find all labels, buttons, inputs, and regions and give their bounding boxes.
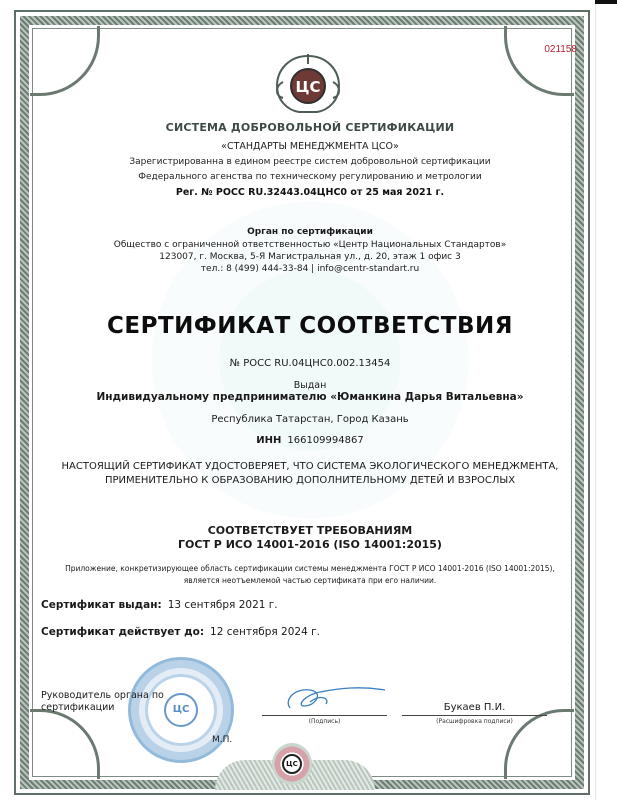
issue-date-label: Сертификат выдан: <box>41 599 162 611</box>
signature-icon <box>280 680 390 712</box>
issue-date-row: Сертификат выдан:13 сентября 2021 г. <box>41 599 278 611</box>
svg-text:ЦС: ЦС <box>296 78 321 96</box>
certification-system-logo-icon: ЦС <box>269 52 347 116</box>
inn-label: ИНН <box>256 435 281 446</box>
valid-until-row: Сертификат действует до:12 сентября 2024… <box>41 626 320 638</box>
appendix-note: Приложение, конкретизирующее область сер… <box>60 563 560 587</box>
certificate-statement: НАСТОЯЩИЙ СЕРТИФИКАТ УДОСТОВЕРЯЕТ, ЧТО С… <box>60 460 560 488</box>
system-title: СИСТЕМА ДОБРОВОЛЬНОЙ СЕРТИФИКАЦИИ <box>40 121 580 134</box>
certificate-title: СЕРТИФИКАТ СООТВЕТСТВИЯ <box>40 313 580 339</box>
certification-body-address: 123007, г. Москва, 5-Я Магистральная ул.… <box>40 252 580 262</box>
certification-body-title: Орган по сертификации <box>40 227 580 237</box>
standard-name: ГОСТ Р ИСО 14001-2016 (ISO 14001:2015) <box>40 538 580 551</box>
issue-date-value: 13 сентября 2021 г. <box>168 599 278 611</box>
inn-row: ИНН166109994867 <box>40 435 580 446</box>
signature-caption: (Подпись) <box>262 718 387 725</box>
valid-until-value: 12 сентября 2024 г. <box>210 626 320 638</box>
valid-until-label: Сертификат действует до: <box>41 626 204 638</box>
scan-edge-mark <box>595 0 617 4</box>
signer-name: Букаев П.И. <box>402 702 547 713</box>
system-registration-number: Рег. № РОСС RU.32443.04ЦНС0 от 25 мая 20… <box>40 187 580 198</box>
certification-body-contact: тел.: 8 (499) 444-33-84 | info@centr-sta… <box>40 264 580 274</box>
system-name: «СТАНДАРТЫ МЕНЕДЖМЕНТА ЦСО» <box>40 141 580 152</box>
holder-location: Республика Татарстан, Город Казань <box>40 414 580 425</box>
head-of-body-label: Руководитель органа по сертификации <box>41 690 171 714</box>
hologram-emblem-icon: ЦС <box>272 743 312 785</box>
signer-name-caption: (Расшифровка подписи) <box>402 718 547 725</box>
signature-line <box>262 715 387 716</box>
hologram-logo: ЦС <box>282 754 302 774</box>
certificate-number: № РОСС RU.04ЦНС0.002.13454 <box>40 358 580 369</box>
system-registration-line-1: Зарегистрированна в едином реестре систе… <box>40 157 580 167</box>
certification-body-name: Общество с ограниченной ответственностью… <box>40 240 580 250</box>
signer-name-line <box>402 715 547 716</box>
serial-number: 021158 <box>544 44 577 55</box>
requirements-title: СООТВЕТСТВУЕТ ТРЕБОВАНИЯМ <box>40 524 580 537</box>
page-margin-strip <box>595 0 617 800</box>
issued-label: Выдан <box>40 380 580 391</box>
issued-to: Индивидуальному предпринимателю «Юманкин… <box>40 391 580 403</box>
stamp-place-label: М.П. <box>212 735 232 745</box>
system-registration-line-2: Федерального агенства по техническому ре… <box>40 172 580 182</box>
inn-value: 166109994867 <box>287 435 363 446</box>
